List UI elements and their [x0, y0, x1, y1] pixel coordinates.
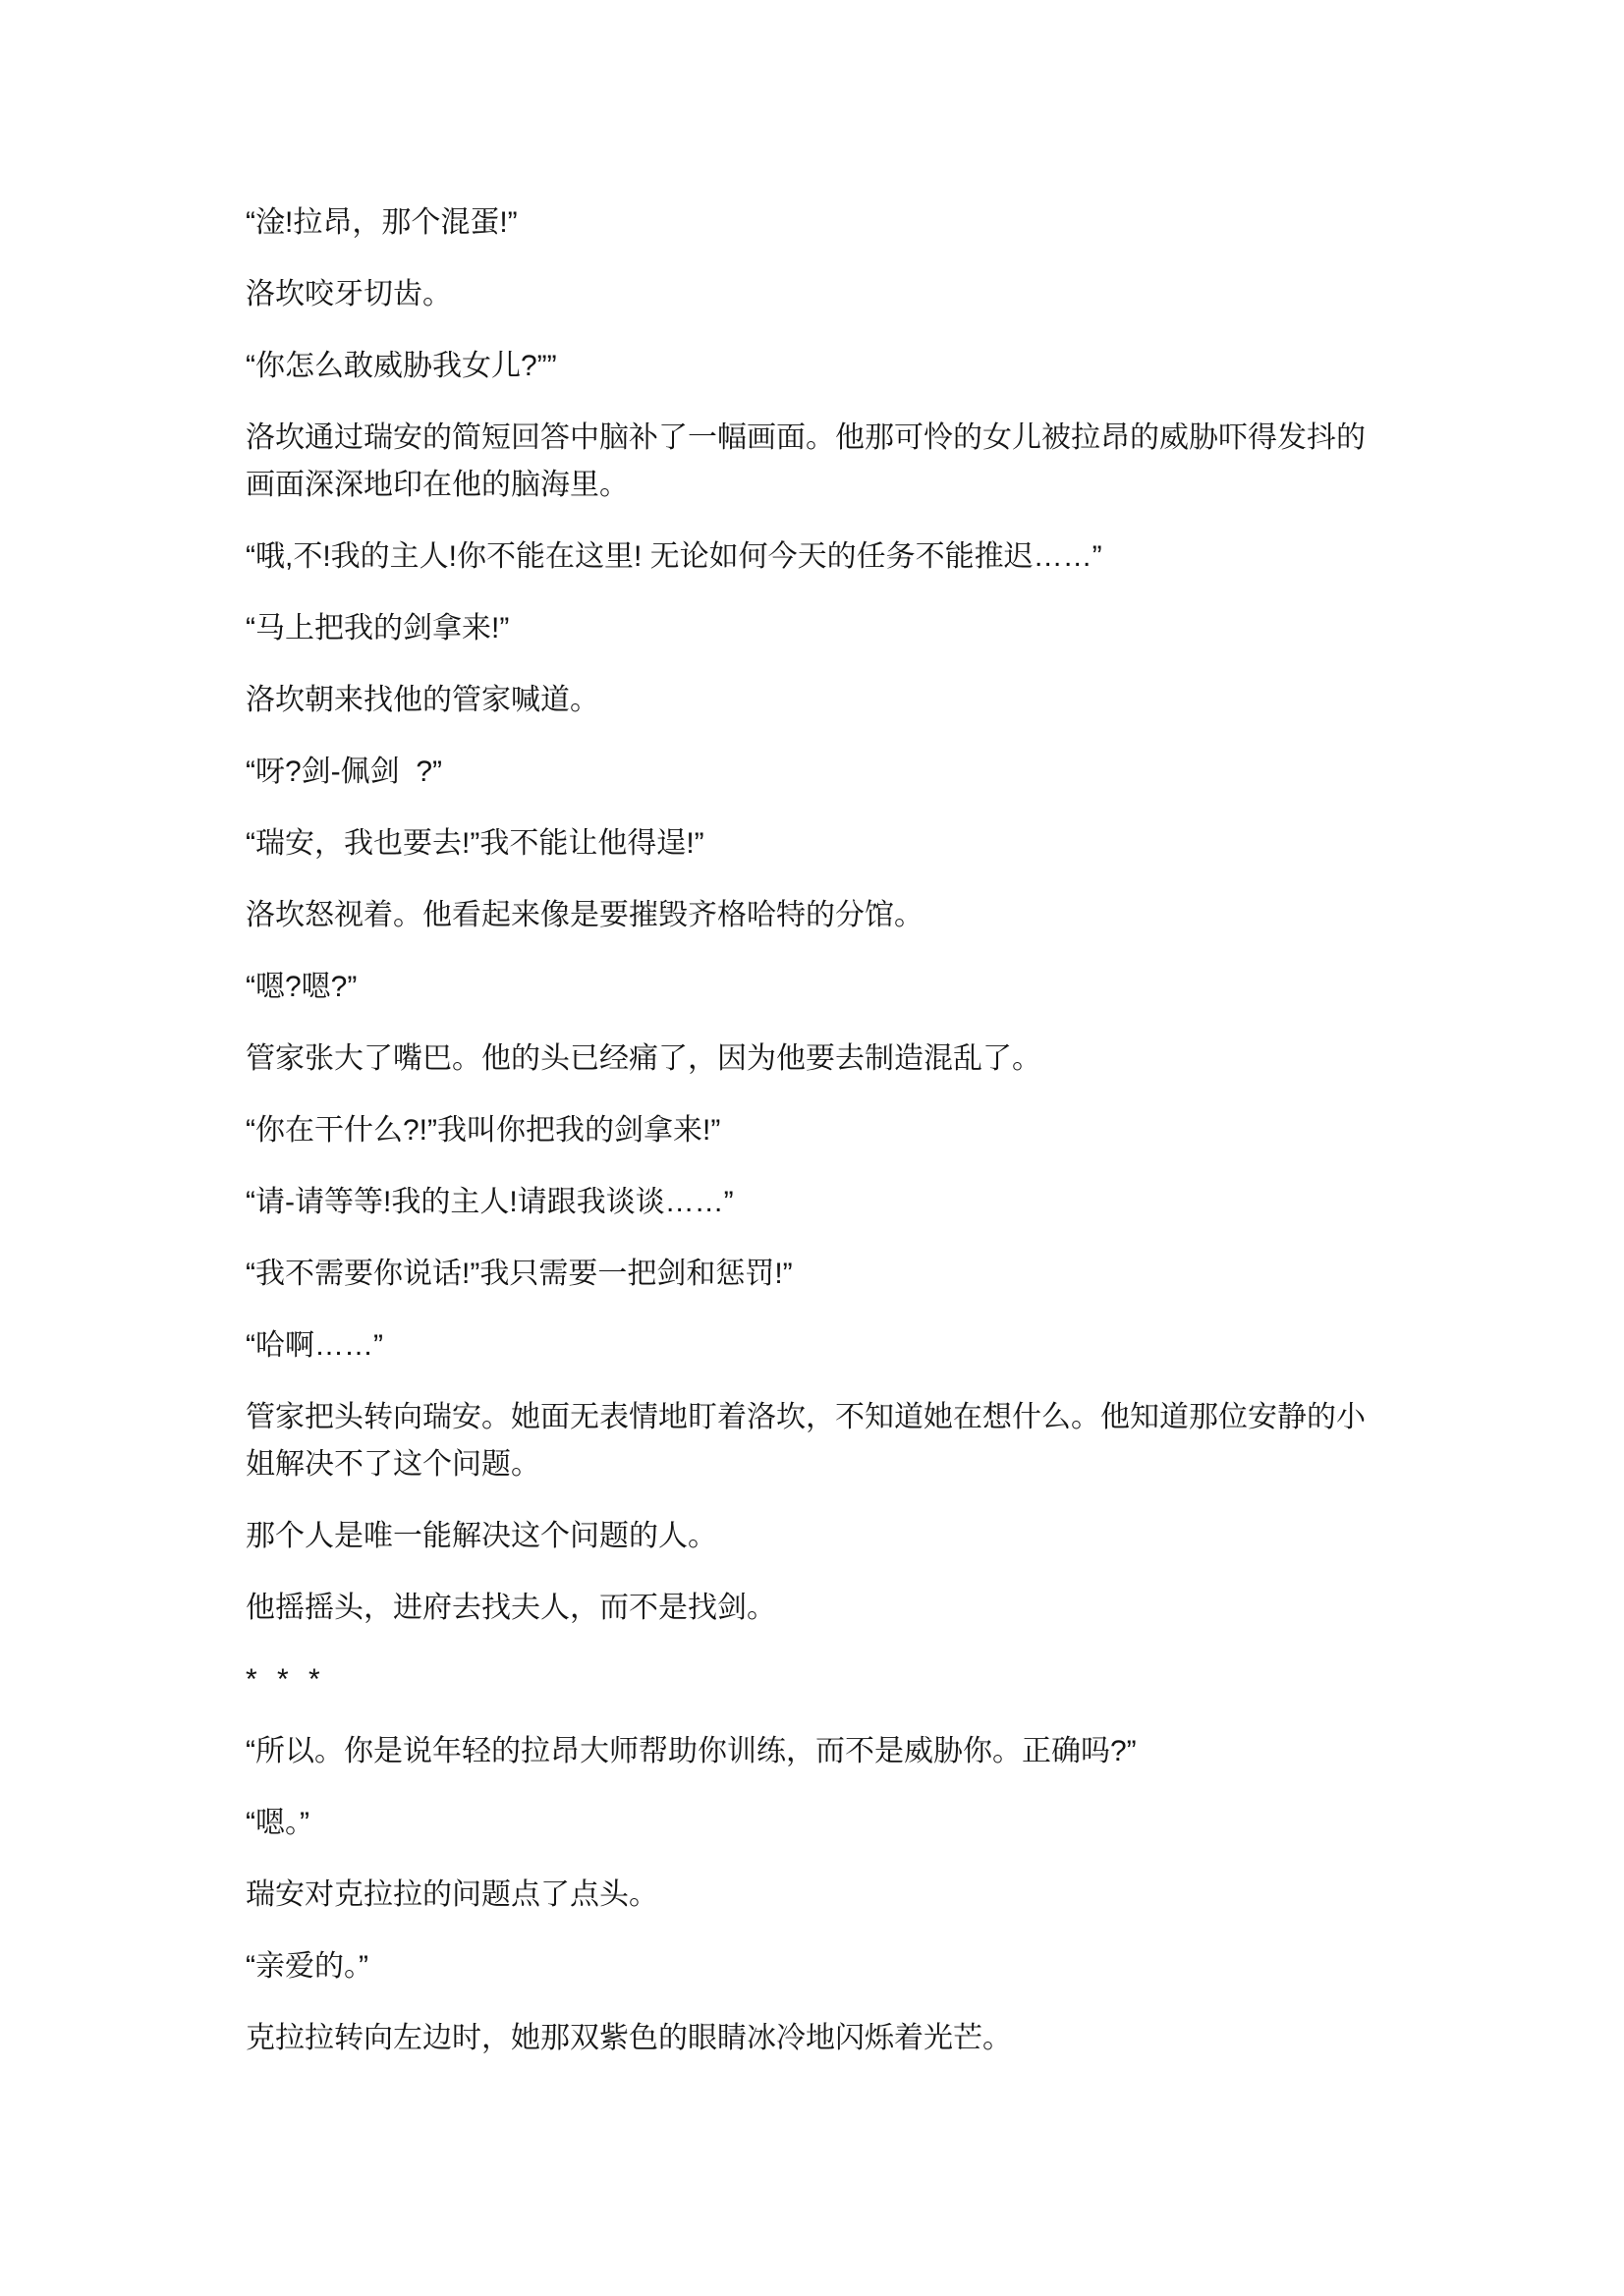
paragraph: “哦,不!我的主人!你不能在这里! 无论如何今天的任务不能推迟……” [246, 533, 1383, 581]
paragraph: 克拉拉转向左边时，她那双紫色的眼睛冰冷地闪烁着光芒。 [246, 2015, 1383, 2062]
paragraph: 那个人是唯一能解决这个问题的人。 [246, 1513, 1383, 1560]
paragraph: “你怎么敢威胁我女儿?”” [246, 343, 1383, 390]
paragraph: “马上把我的剑拿来!” [246, 605, 1383, 652]
paragraph: 洛坎朝来找他的管家喊道。 [246, 677, 1383, 724]
paragraph: “你在干什么?!”我叫你把我的剑拿来!” [246, 1107, 1383, 1154]
paragraph: “瑞安，我也要去!”我不能让他得逞!” [246, 820, 1383, 868]
paragraph: “嗯。” [246, 1800, 1383, 1847]
paragraph: 洛坎通过瑞安的简短回答中脑补了一幅画面。他那可怜的女儿被拉昂的威胁吓得发抖的画面… [246, 415, 1383, 509]
paragraph: “呀?剑-佩剑 ?” [246, 749, 1383, 796]
paragraph: 他摇摇头，进府去找夫人，而不是找剑。 [246, 1585, 1383, 1632]
paragraph: “嗯?嗯?” [246, 964, 1383, 1011]
paragraph: “我不需要你说话!”我只需要一把剑和惩罚!” [246, 1251, 1383, 1298]
paragraph: “亲爱的。” [246, 1943, 1383, 1990]
paragraph: “所以。你是说年轻的拉昂大师帮助你训练，而不是威胁你。正确吗?” [246, 1728, 1383, 1775]
paragraph: 洛坎怒视着。他看起来像是要摧毁齐格哈特的分馆。 [246, 892, 1383, 939]
section-separator: * * * [246, 1656, 1383, 1704]
paragraph: “哈啊……” [246, 1322, 1383, 1370]
paragraph: 瑞安对克拉拉的问题点了点头。 [246, 1872, 1383, 1919]
paragraph: 管家把头转向瑞安。她面无表情地盯着洛坎，不知道她在想什么。他知道那位安静的小姐解… [246, 1394, 1383, 1488]
paragraph: “请-请等等!我的主人!请跟我谈谈……” [246, 1179, 1383, 1226]
paragraph: 洛坎咬牙切齿。 [246, 271, 1383, 318]
document-page: “淦!拉昂，那个混蛋!” 洛坎咬牙切齿。 “你怎么敢威胁我女儿?”” 洛坎通过瑞… [246, 199, 1383, 2087]
paragraph: 管家张大了嘴巴。他的头已经痛了，因为他要去制造混乱了。 [246, 1036, 1383, 1083]
paragraph: “淦!拉昂，那个混蛋!” [246, 199, 1383, 247]
